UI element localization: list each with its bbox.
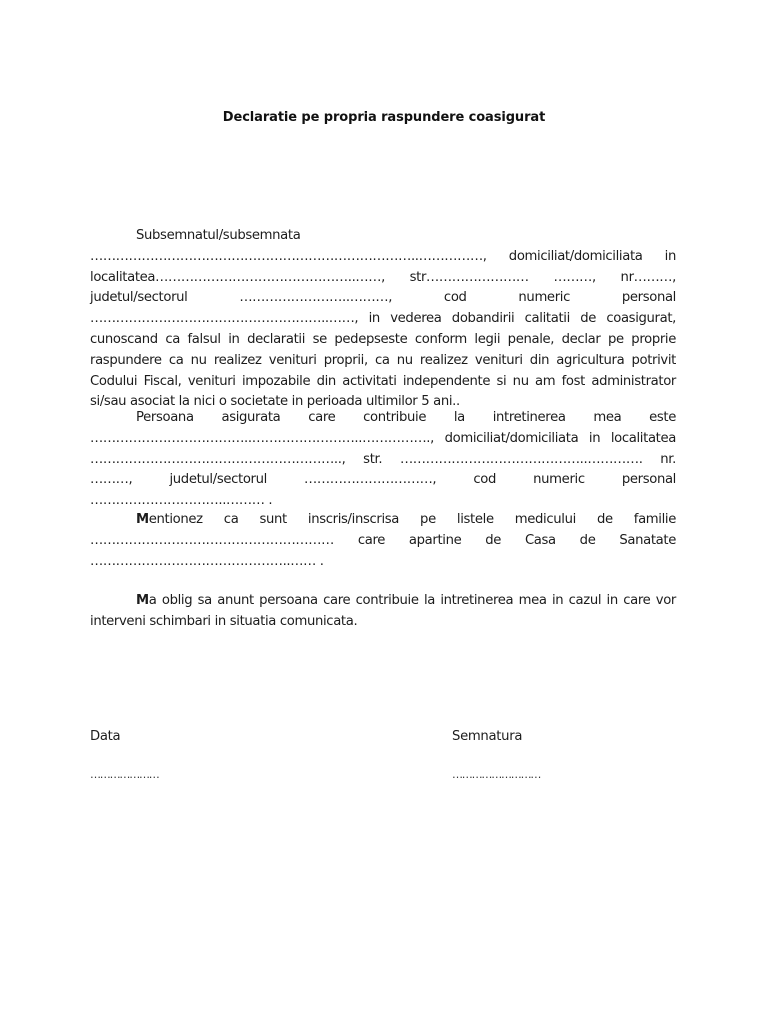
paragraph-declarant-info: Subsemnatul/subsemnata ………………………………………………: [90, 226, 676, 413]
paragraph-text: entionez ca sunt inscris/inscrisa pe lis…: [90, 512, 676, 569]
paragraph-family-doctor: Mentionez ca sunt inscris/inscrisa pe li…: [90, 510, 676, 572]
date-label: Data: [90, 729, 120, 744]
signature-label: Semnatura: [452, 729, 522, 744]
paragraph-obligation: Ma oblig sa anunt persoana care contribu…: [90, 591, 676, 633]
paragraph-insured-person: Persoana asigurata care contribuie la in…: [90, 408, 676, 512]
paragraph-initial: M: [136, 593, 149, 608]
document-page: Declaratie pe propria raspundere coasigu…: [0, 0, 768, 1024]
paragraph-text: a oblig sa anunt persoana care contribui…: [90, 593, 676, 629]
paragraph-text: Persoana asigurata care contribuie la in…: [90, 410, 676, 508]
signature-field: ………………………: [452, 768, 540, 781]
paragraph-initial: M: [136, 512, 149, 527]
date-field: …………………: [90, 768, 159, 781]
paragraph-text: Subsemnatul/subsemnata ………………………………………………: [90, 228, 676, 409]
document-title: Declaratie pe propria raspundere coasigu…: [0, 110, 768, 125]
